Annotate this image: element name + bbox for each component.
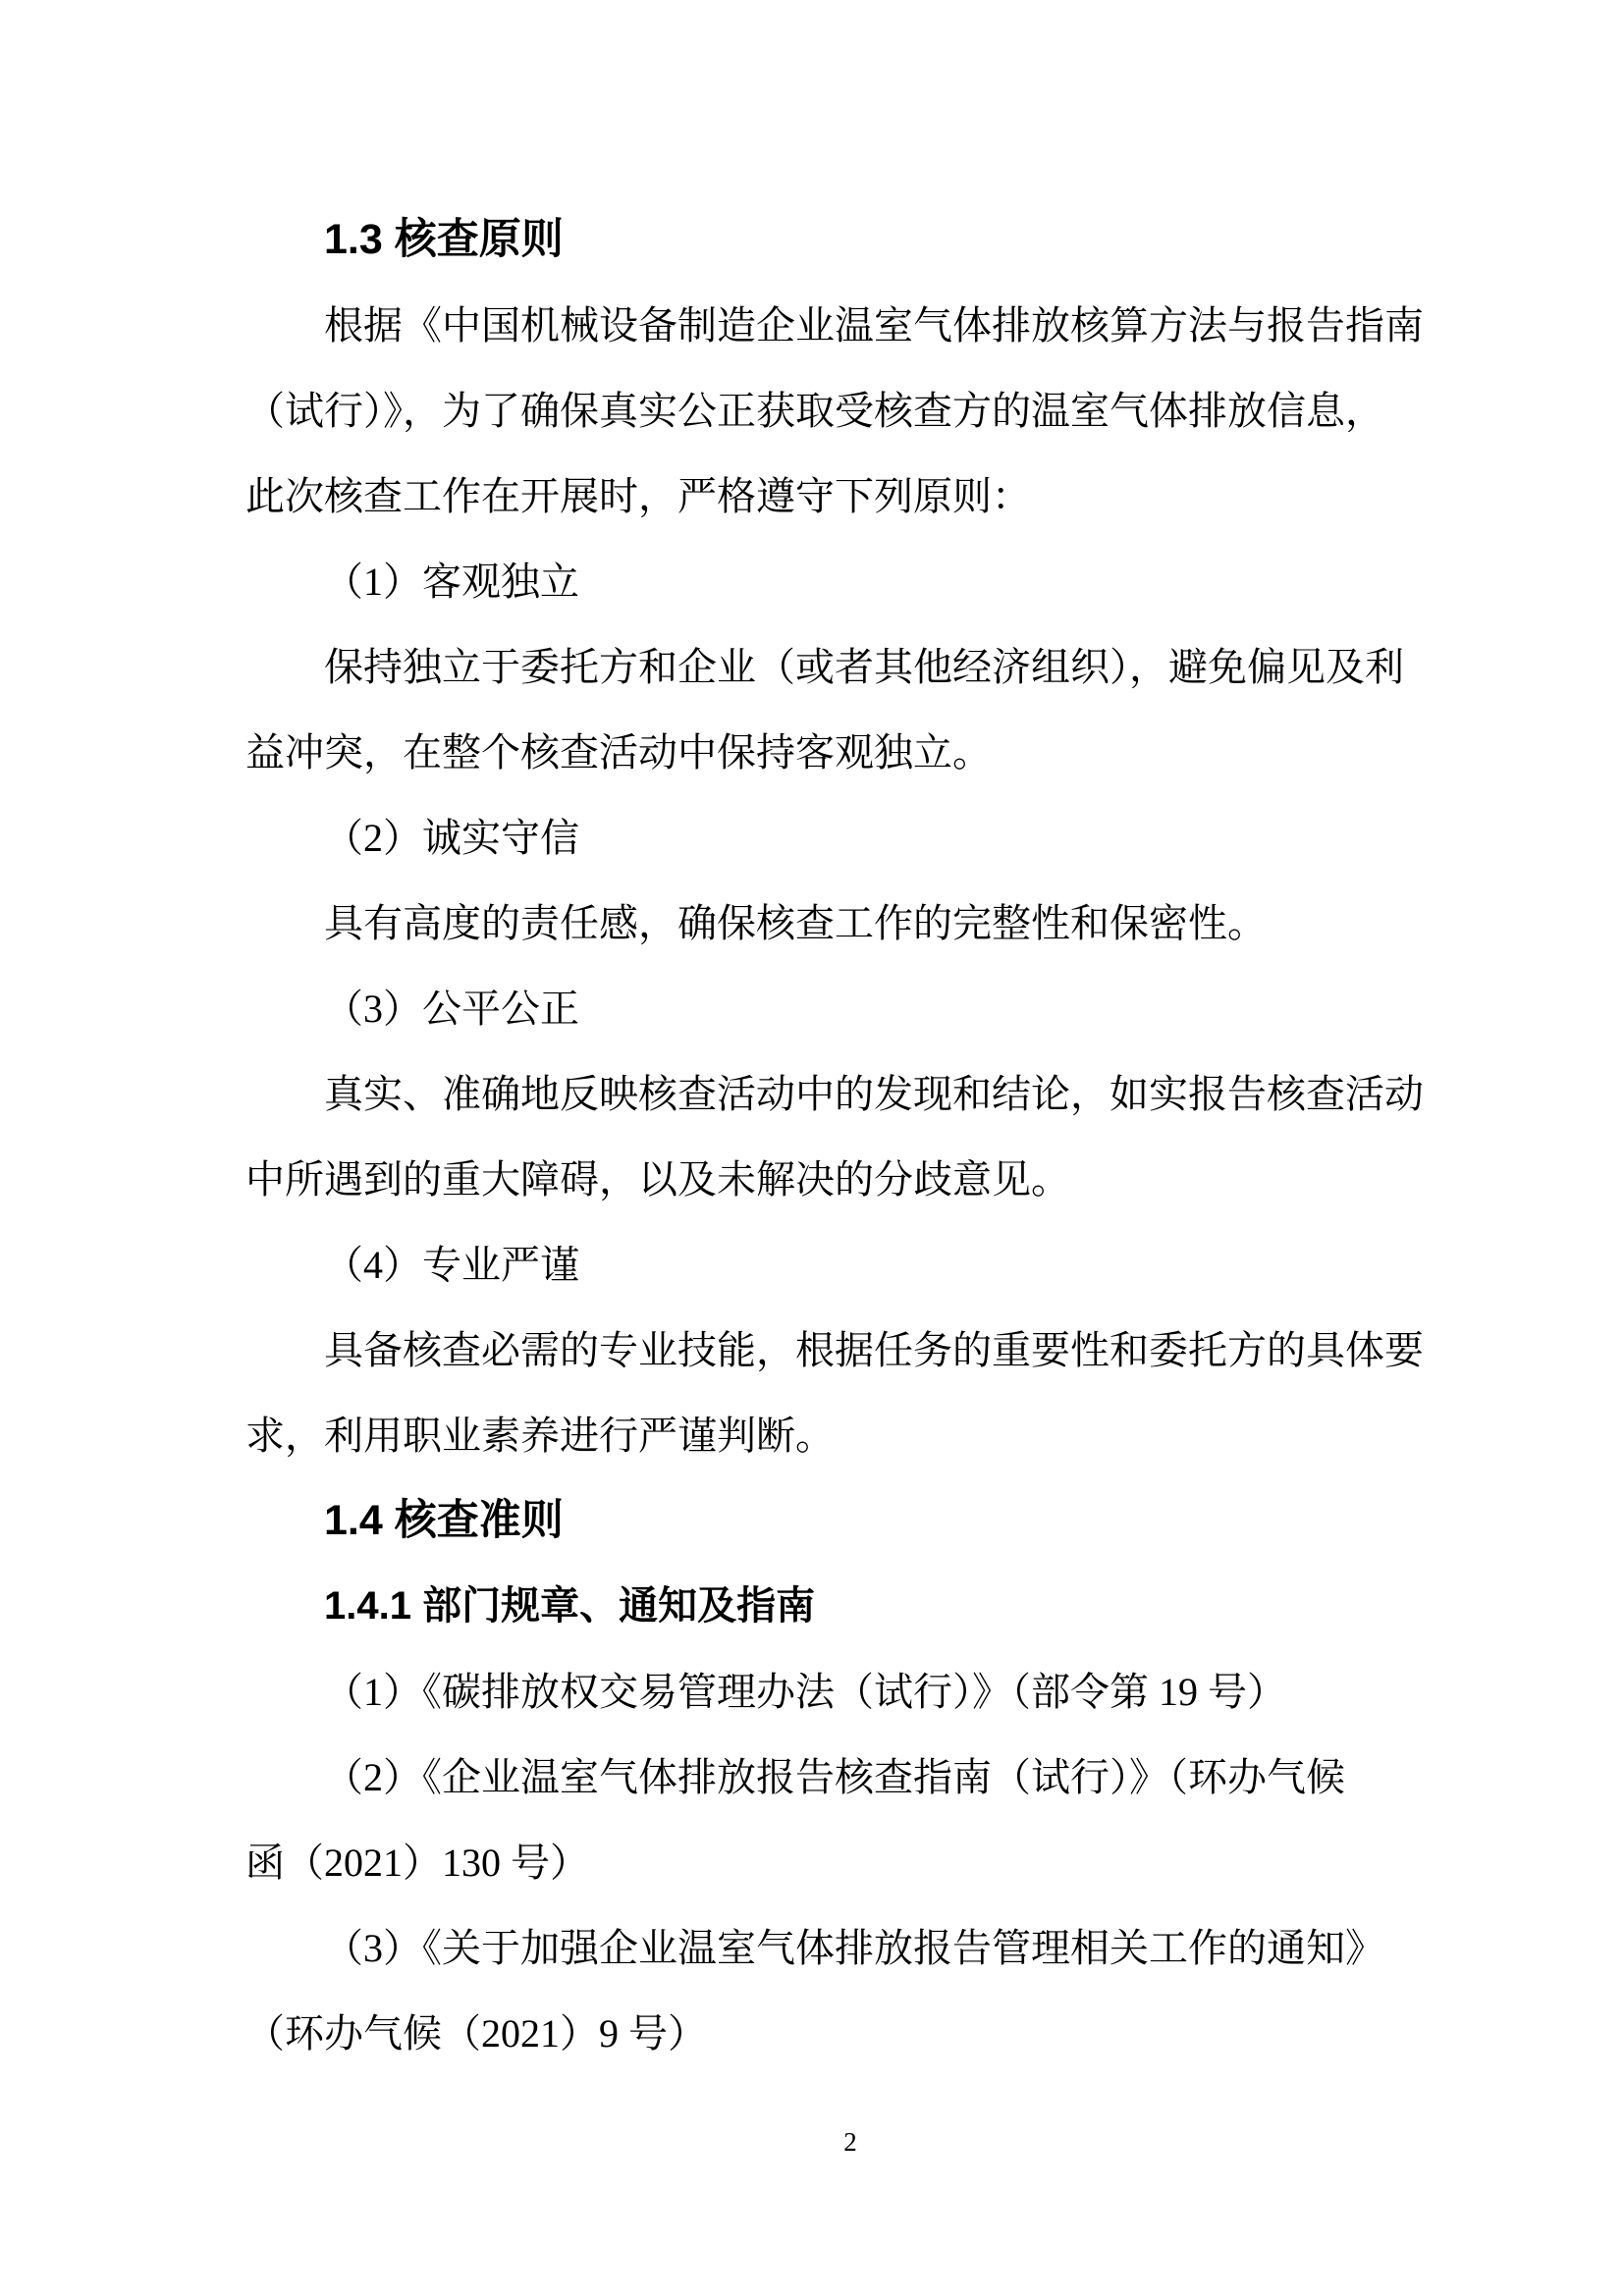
text-line: 保持独立于委托方和企业（或者其他经济组织），避免偏见及利 — [245, 624, 1384, 710]
page-number: 2 — [831, 2126, 870, 2158]
text-line: 具备核查必需的专业技能，根据任务的重要性和委托方的具体要 — [245, 1308, 1384, 1393]
document-body: 1.3 核查原则根据《中国机械设备制造企业温室气体排放核算方法与报告指南（试行）… — [245, 197, 1384, 2076]
section-heading: 1.4.1 部门规章、通知及指南 — [245, 1564, 1384, 1649]
text-line: （2）《企业温室气体排放报告核查指南（试行）》（环办气候 — [245, 1735, 1384, 1820]
text-line: 根据《中国机械设备制造企业温室气体排放核算方法与报告指南 — [245, 283, 1384, 368]
text-line: （1）客观独立 — [245, 539, 1384, 624]
text-line: （3）《关于加强企业温室气体排放报告管理相关工作的通知》 — [245, 1905, 1384, 1991]
document-page: 1.3 核查原则根据《中国机械设备制造企业温室气体排放核算方法与报告指南（试行）… — [0, 0, 1624, 2296]
text-line: （1）《碳排放权交易管理办法（试行）》（部令第 19 号） — [245, 1649, 1384, 1735]
section-heading: 1.4 核查准则 — [245, 1478, 1384, 1564]
text-line: 函（2021）130 号） — [245, 1820, 1384, 1905]
text-line: 求，利用职业素养进行严谨判断。 — [245, 1393, 1384, 1478]
text-line: （试行）》，为了确保真实公正获取受核查方的温室气体排放信息， — [245, 368, 1384, 454]
text-line: 益冲突，在整个核查活动中保持客观独立。 — [245, 710, 1384, 795]
text-line: 具有高度的责任感，确保核查工作的完整性和保密性。 — [245, 881, 1384, 966]
text-line: 此次核查工作在开展时，严格遵守下列原则： — [245, 454, 1384, 539]
text-line: （3）公平公正 — [245, 966, 1384, 1051]
text-line: （4）专业严谨 — [245, 1222, 1384, 1308]
text-line: 真实、准确地反映核查活动中的发现和结论，如实报告核查活动 — [245, 1051, 1384, 1137]
section-heading: 1.3 核查原则 — [245, 197, 1384, 283]
text-line: 中所遇到的重大障碍，以及未解决的分歧意见。 — [245, 1137, 1384, 1222]
text-line: （2）诚实守信 — [245, 795, 1384, 881]
text-line: （环办气候（2021）9 号） — [245, 1991, 1384, 2076]
